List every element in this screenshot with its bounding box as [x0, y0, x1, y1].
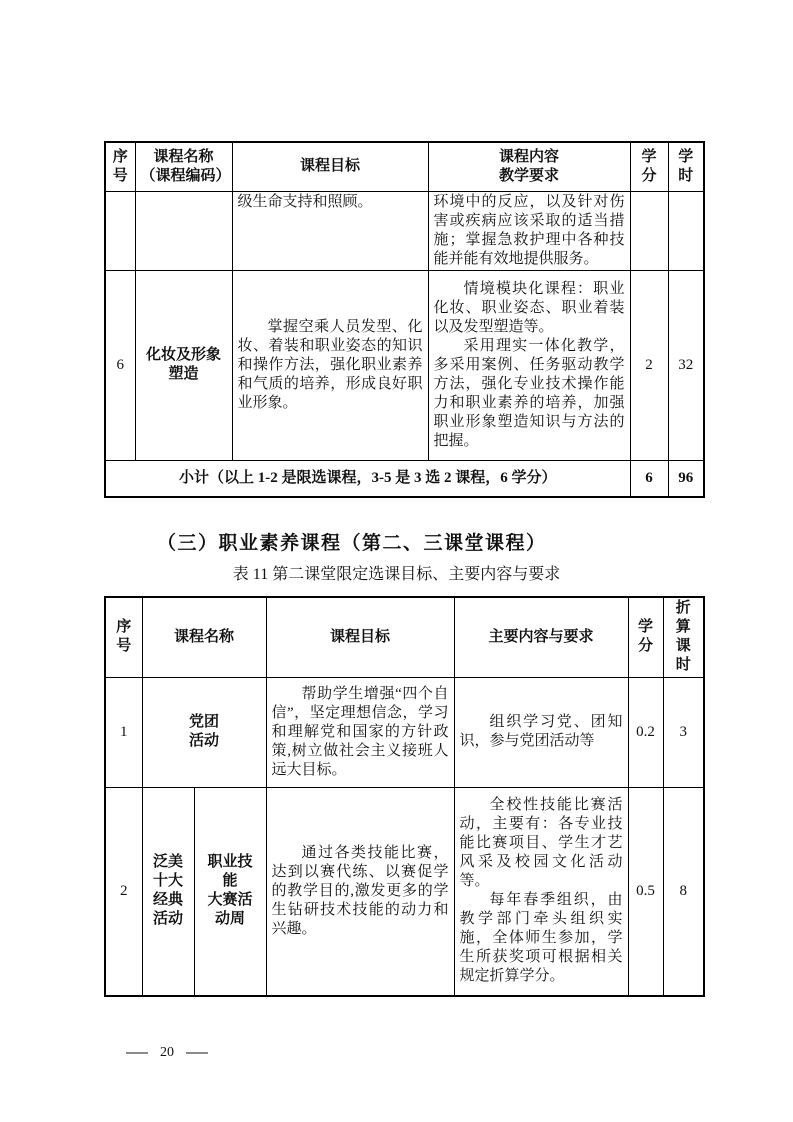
table1-header-name: 课程名称 （课程编码）: [135, 142, 232, 191]
row6-hours: 32: [668, 270, 704, 460]
table2-caption: 表 11 第二课堂限定选课目标、主要内容与要求: [0, 561, 793, 584]
row6-goal: 掌握空乘人员发型、化妆、着装和职业姿态的知识和操作方法，强化职业素养和气质的培养…: [232, 270, 428, 460]
t2row2-course-name-b: 职业技 能 大赛活 动周: [194, 787, 266, 996]
t2row1-goal: 帮助学生增强“四个自信”，坚定理想信念，学习和理解党和国家的方针政策,树立做社会…: [266, 677, 454, 787]
subtotal-hours: 96: [668, 460, 704, 497]
t2row2-no: 2: [105, 787, 142, 996]
table1-header-row: 序 号 课程名称 （课程编码） 课程目标 课程内容 教学要求 学 分 学 时: [105, 142, 704, 191]
subtotal-label: 小计（以上 1-2 是限选课程，3-5 是 3 选 2 课程，6 学分）: [105, 460, 630, 497]
carryover-content-cell: 环境中的反应，以及针对伤害或疾病应该采取的适当措施；掌握急救护理中各种技能并能有…: [428, 191, 630, 270]
page-number: 20: [160, 1045, 174, 1061]
table1-row-6: 6 化妆及形象 塑造 掌握空乘人员发型、化妆、着装和职业姿态的知识和操作方法，强…: [105, 270, 704, 460]
table2-header-credit: 学 分: [628, 597, 663, 677]
document-page: 序 号 课程名称 （课程编码） 课程目标 课程内容 教学要求 学 分 学 时 级…: [0, 0, 793, 1122]
t2row1-goal-text: 帮助学生增强“四个自信”，坚定理想信念，学习和理解党和国家的方针政策,树立做社会…: [272, 685, 449, 780]
row6-content-paragraph-2: 采用理实一体化教学，多采用案例、任务驱动教学方法，强化专业技术操作能力和职业素养…: [434, 337, 625, 451]
t2row1-credit: 0.2: [628, 677, 663, 787]
table2-row-2: 2 泛美 十大 经典 活动 职业技 能 大赛活 动周 通过各类技能比赛，达到以赛…: [105, 787, 704, 996]
t2row2-content: 全校性技能比赛活动，主要有：各专业技能比赛项目、学生才艺风采及校园文化活动等。 …: [454, 787, 628, 996]
carryover-hours-cell: [668, 191, 704, 270]
table2-header-row: 序号 课程名称 课程目标 主要内容与要求 学 分 折 算 课 时: [105, 597, 704, 677]
row6-credit: 2: [630, 270, 668, 460]
t2row2-content-paragraph-2: 每年春季组织，由教学部门牵头组织实施，全体师生参加，学生所获奖项可根据相关规定折…: [460, 891, 623, 986]
subtotal-credit: 6: [630, 460, 668, 497]
table2-header-hours: 折 算 课 时: [663, 597, 704, 677]
t2row2-hours: 8: [663, 787, 704, 996]
row6-content-paragraph-1: 情境模块化课程：职业化妆、职业姿态、职业着装以及发型塑造等。: [434, 280, 625, 337]
footer-dash-right: [186, 1052, 208, 1054]
table2-header-content: 主要内容与要求: [454, 597, 628, 677]
t2row1-course-name: 党团 活动: [142, 677, 266, 787]
table1-header-credit: 学 分: [630, 142, 668, 191]
table2-header-goal: 课程目标: [266, 597, 454, 677]
t2row2-course-name-a: 泛美 十大 经典 活动: [142, 787, 194, 996]
t2row2-goal: 通过各类技能比赛，达到以赛代练、以赛促学的教学目的,激发更多的学生钻研技术技能的…: [266, 787, 454, 996]
section-heading: （三）职业素养课程（第二、三课堂课程）: [157, 528, 547, 555]
course-table-1: 序 号 课程名称 （课程编码） 课程目标 课程内容 教学要求 学 分 学 时 级…: [104, 141, 705, 498]
page-footer: 20: [126, 1045, 208, 1061]
table1-subtotal-row: 小计（以上 1-2 是限选课程，3-5 是 3 选 2 课程，6 学分） 6 9…: [105, 460, 704, 497]
course-table-2: 序号 课程名称 课程目标 主要内容与要求 学 分 折 算 课 时 1 党团 活动…: [104, 596, 705, 997]
row6-goal-text: 掌握空乘人员发型、化妆、着装和职业姿态的知识和操作方法，强化职业素养和气质的培养…: [238, 318, 423, 413]
table1-header-goal: 课程目标: [232, 142, 428, 191]
table2-header-name: 课程名称: [142, 597, 266, 677]
table2-row-1: 1 党团 活动 帮助学生增强“四个自信”，坚定理想信念，学习和理解党和国家的方针…: [105, 677, 704, 787]
table1-header-no: 序 号: [105, 142, 135, 191]
t2row1-hours: 3: [663, 677, 704, 787]
row6-no: 6: [105, 270, 135, 460]
t2row2-credit: 0.5: [628, 787, 663, 996]
carryover-name-cell: [135, 191, 232, 270]
row6-content: 情境模块化课程：职业化妆、职业姿态、职业着装以及发型塑造等。 采用理实一体化教学…: [428, 270, 630, 460]
t2row1-no: 1: [105, 677, 142, 787]
t2row2-content-paragraph-1: 全校性技能比赛活动，主要有：各专业技能比赛项目、学生才艺风采及校园文化活动等。: [460, 796, 623, 891]
table1-header-content: 课程内容 教学要求: [428, 142, 630, 191]
row6-course-name: 化妆及形象 塑造: [135, 270, 232, 460]
table2-header-no: 序号: [105, 597, 142, 677]
carryover-credit-cell: [630, 191, 668, 270]
footer-dash-left: [126, 1052, 148, 1054]
t2row1-content-text: 组织学习党、团知识，参与党团活动等: [460, 713, 623, 751]
t2row1-content: 组织学习党、团知识，参与党团活动等: [454, 677, 628, 787]
table1-header-hours: 学 时: [668, 142, 704, 191]
carryover-no-cell: [105, 191, 135, 270]
carryover-goal-cell: 级生命支持和照顾。: [232, 191, 428, 270]
table1-carryover-row: 级生命支持和照顾。 环境中的反应，以及针对伤害或疾病应该采取的适当措施；掌握急救…: [105, 191, 704, 270]
t2row2-goal-text: 通过各类技能比赛，达到以赛代练、以赛促学的教学目的,激发更多的学生钻研技术技能的…: [272, 844, 449, 939]
